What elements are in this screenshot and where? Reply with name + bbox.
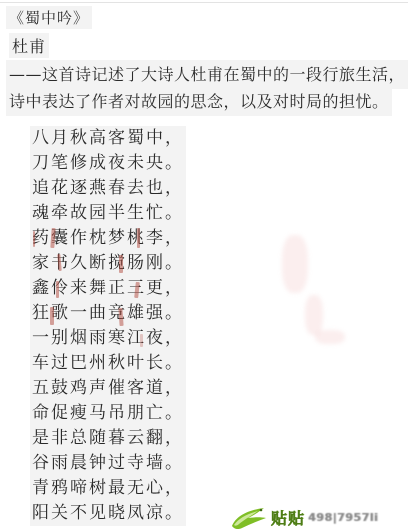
author-row: 杜甫 [9,33,49,58]
poem-line: 青鸦啼树最无心， [30,476,186,501]
poem-line: 药囊作枕梦桃李， [30,226,186,251]
poem-intro: ——这首诗记述了大诗人杜甫在蜀中的一段行旅生活， 诗中表达了作者对故园的思念，以… [6,60,406,114]
intro-text-2: 诗中表达了作者对故园的思念，以及对时局的担忧。 [6,87,392,116]
top-divider [0,2,408,3]
poem-line-text: 命促瘦马吊朋亡。 [30,401,186,426]
poem-line: 是非总随暮云翻， [30,426,186,451]
poem-line: 阳关不见晓凤凉。 [30,501,186,526]
poem-body: 八月秋高客蜀中， 刀笔修成夜未央。 追花逐燕春去也， 魂牵故园半生忙。 药囊作枕… [30,126,186,526]
poem-line-text: 是非总随暮云翻， [30,426,186,451]
poem-line: 一别烟雨寒江夜， [30,326,186,351]
poem-title: 《蜀中吟》 [6,6,92,29]
poem-line-text: 追花逐燕春去也， [30,176,186,201]
poem-line-text: 鑫伶来舞正三更， [30,276,186,301]
poem-line-text: 青鸦啼树最无心， [30,476,186,501]
title-row: 《蜀中吟》 [6,6,92,29]
poem-line: 狂歌一曲竞雄强。 [30,301,186,326]
poem-line: 家书久断搅肠刚。 [30,251,186,276]
pink-smudge-mark [305,295,323,335]
poem-line: 八月秋高客蜀中， [30,126,186,151]
document-page: 《蜀中吟》 杜甫 ——这首诗记述了大诗人杜甫在蜀中的一段行旅生活， 诗中表达了作… [0,0,408,531]
watermark: 贴贴 498|7957li [230,503,378,531]
watermark-id-text: 498|7957li [308,511,378,524]
poem-line-text: 狂歌一曲竞雄强。 [30,301,186,326]
poem-line: 刀笔修成夜未央。 [30,151,186,176]
watermark-brand-text: 贴贴 [271,506,305,529]
poem-line: 命促瘦马吊朋亡。 [30,401,186,426]
poem-line: 魂牵故园半生忙。 [30,201,186,226]
intro-line: 诗中表达了作者对故园的思念，以及对时局的担忧。 [6,87,406,114]
poem-line-text: 药囊作枕梦桃李， [30,226,186,251]
poem-author: 杜甫 [9,33,49,58]
poem-line-text: 家书久断搅肠刚。 [30,251,186,276]
poem-line-text: 一别烟雨寒江夜， [30,326,186,351]
intro-text-1: ——这首诗记述了大诗人杜甫在蜀中的一段行旅生活， [6,60,408,89]
poem-line: 车过巴州秋叶长。 [30,351,186,376]
watermark-swoosh-icon [230,504,268,531]
poem-line-text: 谷雨晨钟过寺墙。 [30,451,186,476]
poem-line: 鑫伶来舞正三更， [30,276,186,301]
poem-line: 谷雨晨钟过寺墙。 [30,451,186,476]
intro-line: ——这首诗记述了大诗人杜甫在蜀中的一段行旅生活， [6,60,406,87]
poem-line-text: 八月秋高客蜀中， [30,126,186,151]
poem-line: 五鼓鸡声催客道， [30,376,186,401]
poem-line-text: 五鼓鸡声催客道， [30,376,186,401]
poem-line: 追花逐燕春去也， [30,176,186,201]
pink-smudge-mark [282,235,308,293]
pink-smudge-mark [315,330,345,344]
poem-line-text: 魂牵故园半生忙。 [30,201,186,226]
poem-line-text: 刀笔修成夜未央。 [30,151,186,176]
poem-line-text: 车过巴州秋叶长。 [30,351,186,376]
poem-line-text: 阳关不见晓凤凉。 [30,501,186,526]
